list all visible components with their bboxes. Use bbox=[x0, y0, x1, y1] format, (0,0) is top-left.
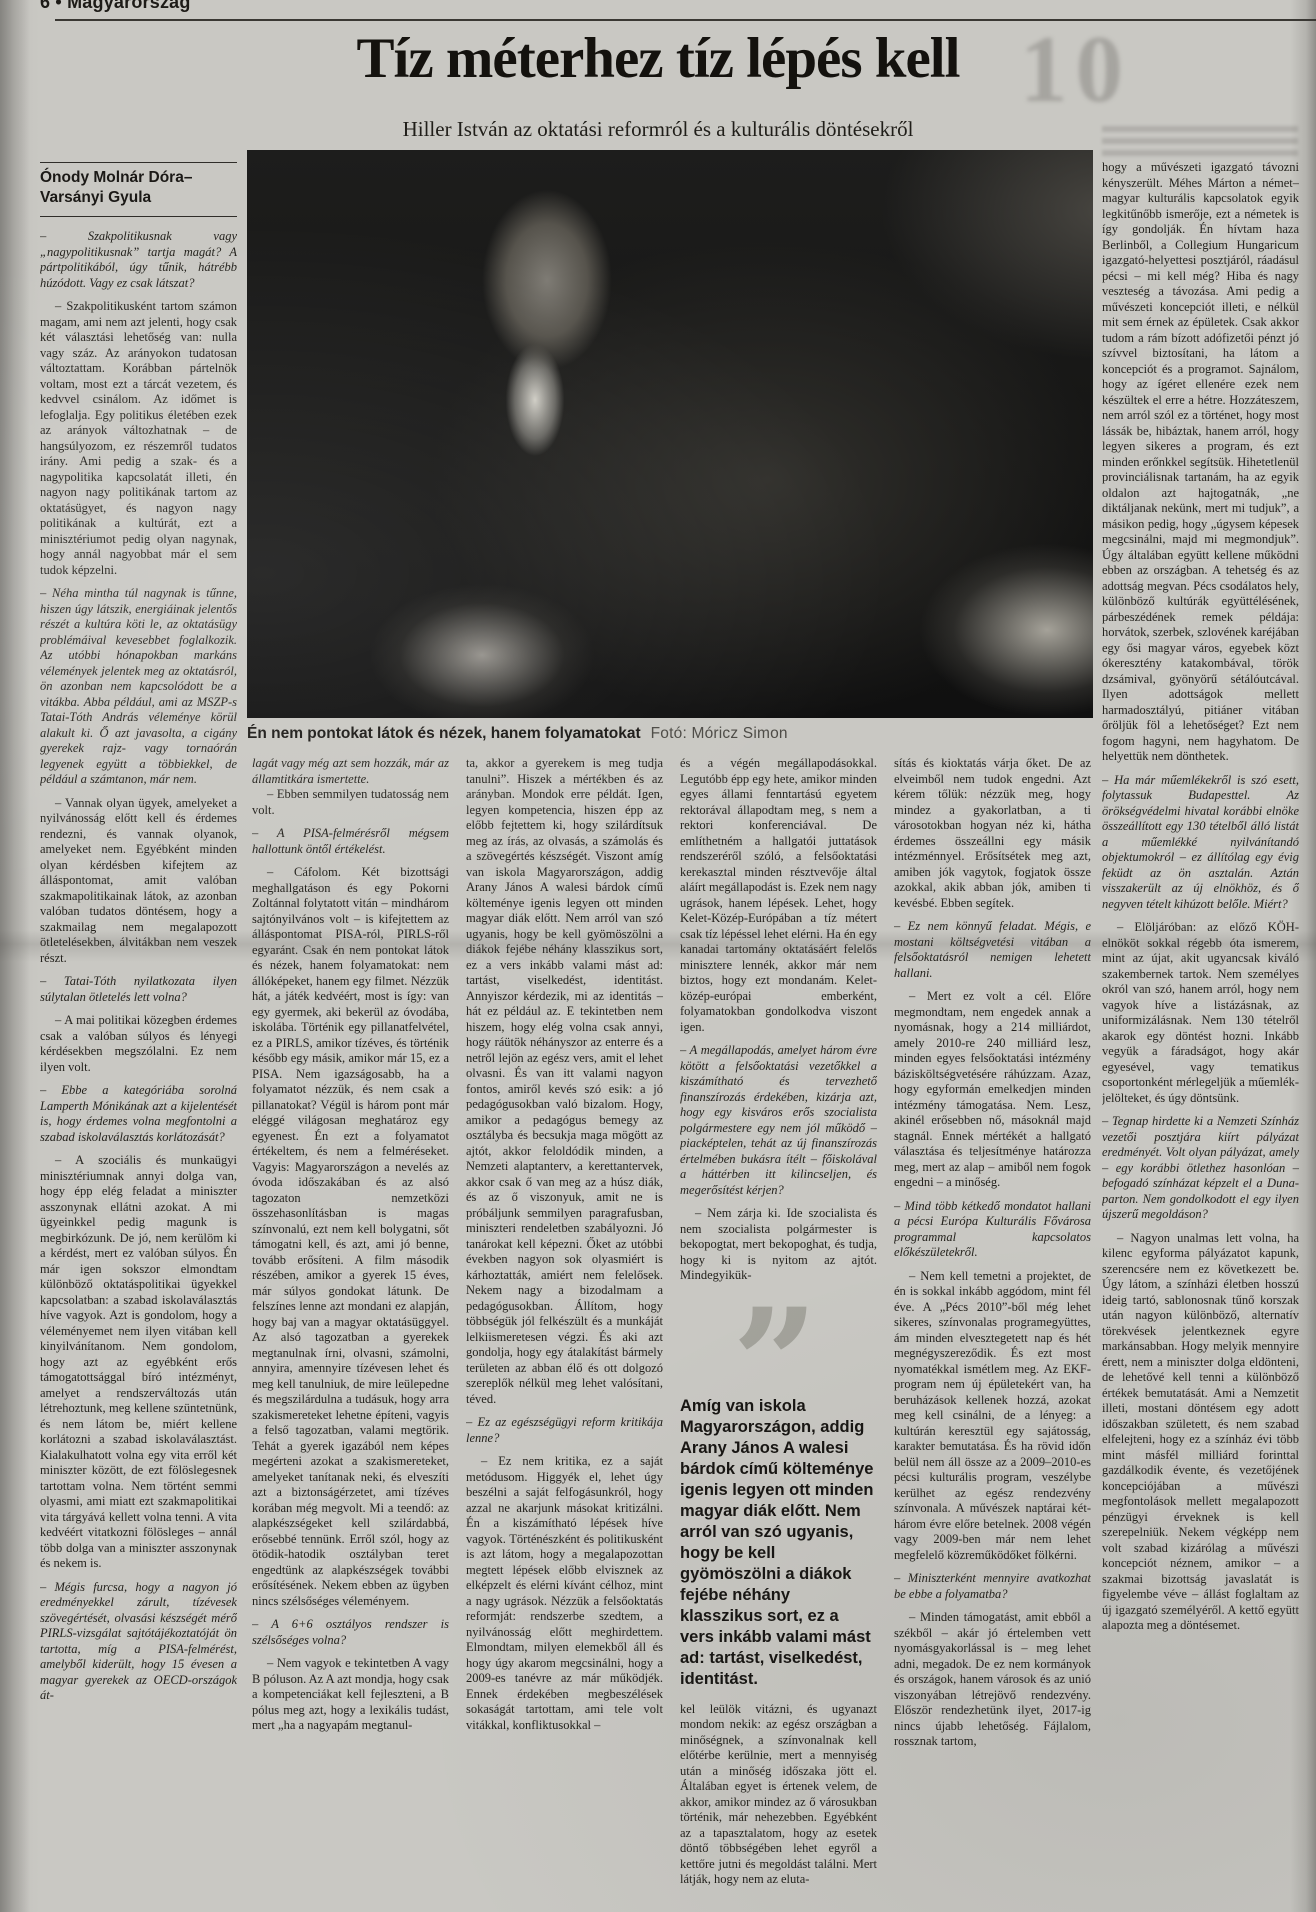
paragraph: – Szakpolitikusként tartom számon magam,… bbox=[40, 299, 237, 578]
paragraph: hogy a művészeti igazgató távozni kénysz… bbox=[1102, 160, 1299, 765]
paragraph: – Vannak olyan ügyek, amelyeket a nyilvá… bbox=[40, 796, 237, 967]
paragraph: – Ez nem kritika, ez a saját metódusom. … bbox=[466, 1454, 663, 1733]
byline-author-2: Varsányi Gyula bbox=[40, 188, 237, 208]
photo-caption: Én nem pontokat látok és nézek, hanem fo… bbox=[247, 724, 1093, 743]
paragraph: – A 6+6 osztályos rendszer is szélsősége… bbox=[252, 1617, 449, 1648]
paragraph: sítás és kioktatás várja őket. De az elv… bbox=[894, 756, 1091, 911]
paragraph: – Nagyon unalmas lett volna, ha kilenc e… bbox=[1102, 1231, 1299, 1634]
paragraph: – A PISA-felmérésről mégsem hallottunk ö… bbox=[252, 826, 449, 857]
quote-mark-icon: ” bbox=[680, 1304, 877, 1396]
paragraph: lagát vagy még azt sem hozzák, már az ál… bbox=[252, 756, 449, 787]
paragraph: – Ebben semmilyen tudatosság nem volt. bbox=[252, 787, 449, 818]
column-1-text: – Szakpolitikusnak vagy „nagypolitikusna… bbox=[40, 229, 237, 1704]
paragraph: ta, akkor a gyerekem is meg tudja tanuln… bbox=[466, 756, 663, 1407]
pull-quote: ” Amíg van iskola Magyarországon, addig … bbox=[680, 1304, 877, 1690]
print-bleed-ghost bbox=[1102, 126, 1298, 160]
pull-quote-text: Amíg van iskola Magyarországon, addig Ar… bbox=[680, 1396, 877, 1690]
paragraph: kel leülök vitázni, és ugyanazt mondom n… bbox=[680, 1702, 877, 1888]
page-section-label: 6 • Magyarország bbox=[40, 0, 191, 13]
newspaper-page: 6 • Magyarország 10 Tíz méterhez tíz lép… bbox=[0, 0, 1316, 1912]
column-3-text: ta, akkor a gyerekem is meg tudja tanuln… bbox=[466, 756, 663, 1733]
paragraph: – A megállapodás, amelyet három évre köt… bbox=[680, 1043, 877, 1198]
byline-author-1: Ónody Molnár Dóra– bbox=[40, 168, 237, 188]
column-5-text: sítás és kioktatás várja őket. De az elv… bbox=[894, 756, 1091, 1750]
paragraph: – Ebbe a kategóriába sorolná Lamperth Mó… bbox=[40, 1083, 237, 1145]
photo-credit: Fotó: Móricz Simon bbox=[651, 725, 788, 742]
paragraph: és a végén megállapodásokkal. Legutóbb é… bbox=[680, 756, 877, 1035]
column-5: sítás és kioktatás várja őket. De az elv… bbox=[894, 756, 1091, 1908]
column-4-text-after-quote: kel leülök vitázni, és ugyanazt mondom n… bbox=[680, 1702, 877, 1888]
article-headline: Tíz méterhez tíz lépés kell bbox=[0, 28, 1316, 90]
photo-caption-text: Én nem pontokat látok és nézek, hanem fo… bbox=[247, 725, 641, 742]
paragraph: – Ez az egészségügyi reform kritikája le… bbox=[466, 1415, 663, 1446]
paragraph: – Ha már műemlékekről is szó esett, foly… bbox=[1102, 773, 1299, 913]
paragraph: – A mai politikai közegben érdemes csak … bbox=[40, 1013, 237, 1075]
article-photo bbox=[247, 150, 1093, 718]
column-6-text: hogy a művészeti igazgató távozni kénysz… bbox=[1102, 160, 1299, 1634]
column-1: Ónody Molnár Dóra– Varsányi Gyula – Szak… bbox=[40, 160, 237, 1908]
paragraph: – Cáfolom. Két bizottsági meghallgatáson… bbox=[252, 865, 449, 1609]
paragraph: – Nem zárja ki. Ide szocialista és nem s… bbox=[680, 1206, 877, 1284]
paragraph: – Mert ez volt a cél. Előre megmondtam, … bbox=[894, 989, 1091, 1191]
paragraph: – Szakpolitikusnak vagy „nagypolitikusna… bbox=[40, 229, 237, 291]
paragraph: – Néha mintha túl nagynak is tűnne, hisz… bbox=[40, 586, 237, 788]
paragraph: – Tatai-Tóth nyilatkozata ilyen súlytala… bbox=[40, 974, 237, 1005]
column-4-text-before-quote: és a végén megállapodásokkal. Legutóbb é… bbox=[680, 756, 877, 1284]
paragraph: – A szociális és munkaügyi minisztériumn… bbox=[40, 1153, 237, 1572]
column-2: lagát vagy még azt sem hozzák, már az ál… bbox=[252, 756, 449, 1908]
column-4: és a végén megállapodásokkal. Legutóbb é… bbox=[680, 756, 877, 1908]
paragraph: – Mind több kétkedő mondatot hallani a p… bbox=[894, 1199, 1091, 1261]
column-2-text: lagát vagy még azt sem hozzák, már az ál… bbox=[252, 756, 449, 1734]
byline-rule-bottom bbox=[40, 216, 237, 217]
paragraph: – Tegnap hirdette ki a Nemzeti Színház v… bbox=[1102, 1114, 1299, 1223]
byline: Ónody Molnár Dóra– Varsányi Gyula bbox=[40, 163, 237, 214]
paragraph: – Miniszterként mennyire avatkozhat be e… bbox=[894, 1571, 1091, 1602]
column-3: ta, akkor a gyerekem is meg tudja tanuln… bbox=[466, 756, 663, 1908]
paragraph: – Elöljáróban: az előző KÖH-elnököt sokk… bbox=[1102, 920, 1299, 1106]
paragraph: – Ez nem könnyű feladat. Mégis, e mostan… bbox=[894, 919, 1091, 981]
paragraph: – Nem vagyok e tekintetben A vagy B pólu… bbox=[252, 1656, 449, 1734]
column-6: hogy a művészeti igazgató távozni kénysz… bbox=[1102, 160, 1299, 1908]
paragraph: – Minden támogatást, amit ebből a székbő… bbox=[894, 1610, 1091, 1750]
paragraph: – Nem kell temetni a projektet, de én is… bbox=[894, 1269, 1091, 1564]
paragraph: – Mégis furcsa, hogy a nagyon jó eredmén… bbox=[40, 1580, 237, 1704]
